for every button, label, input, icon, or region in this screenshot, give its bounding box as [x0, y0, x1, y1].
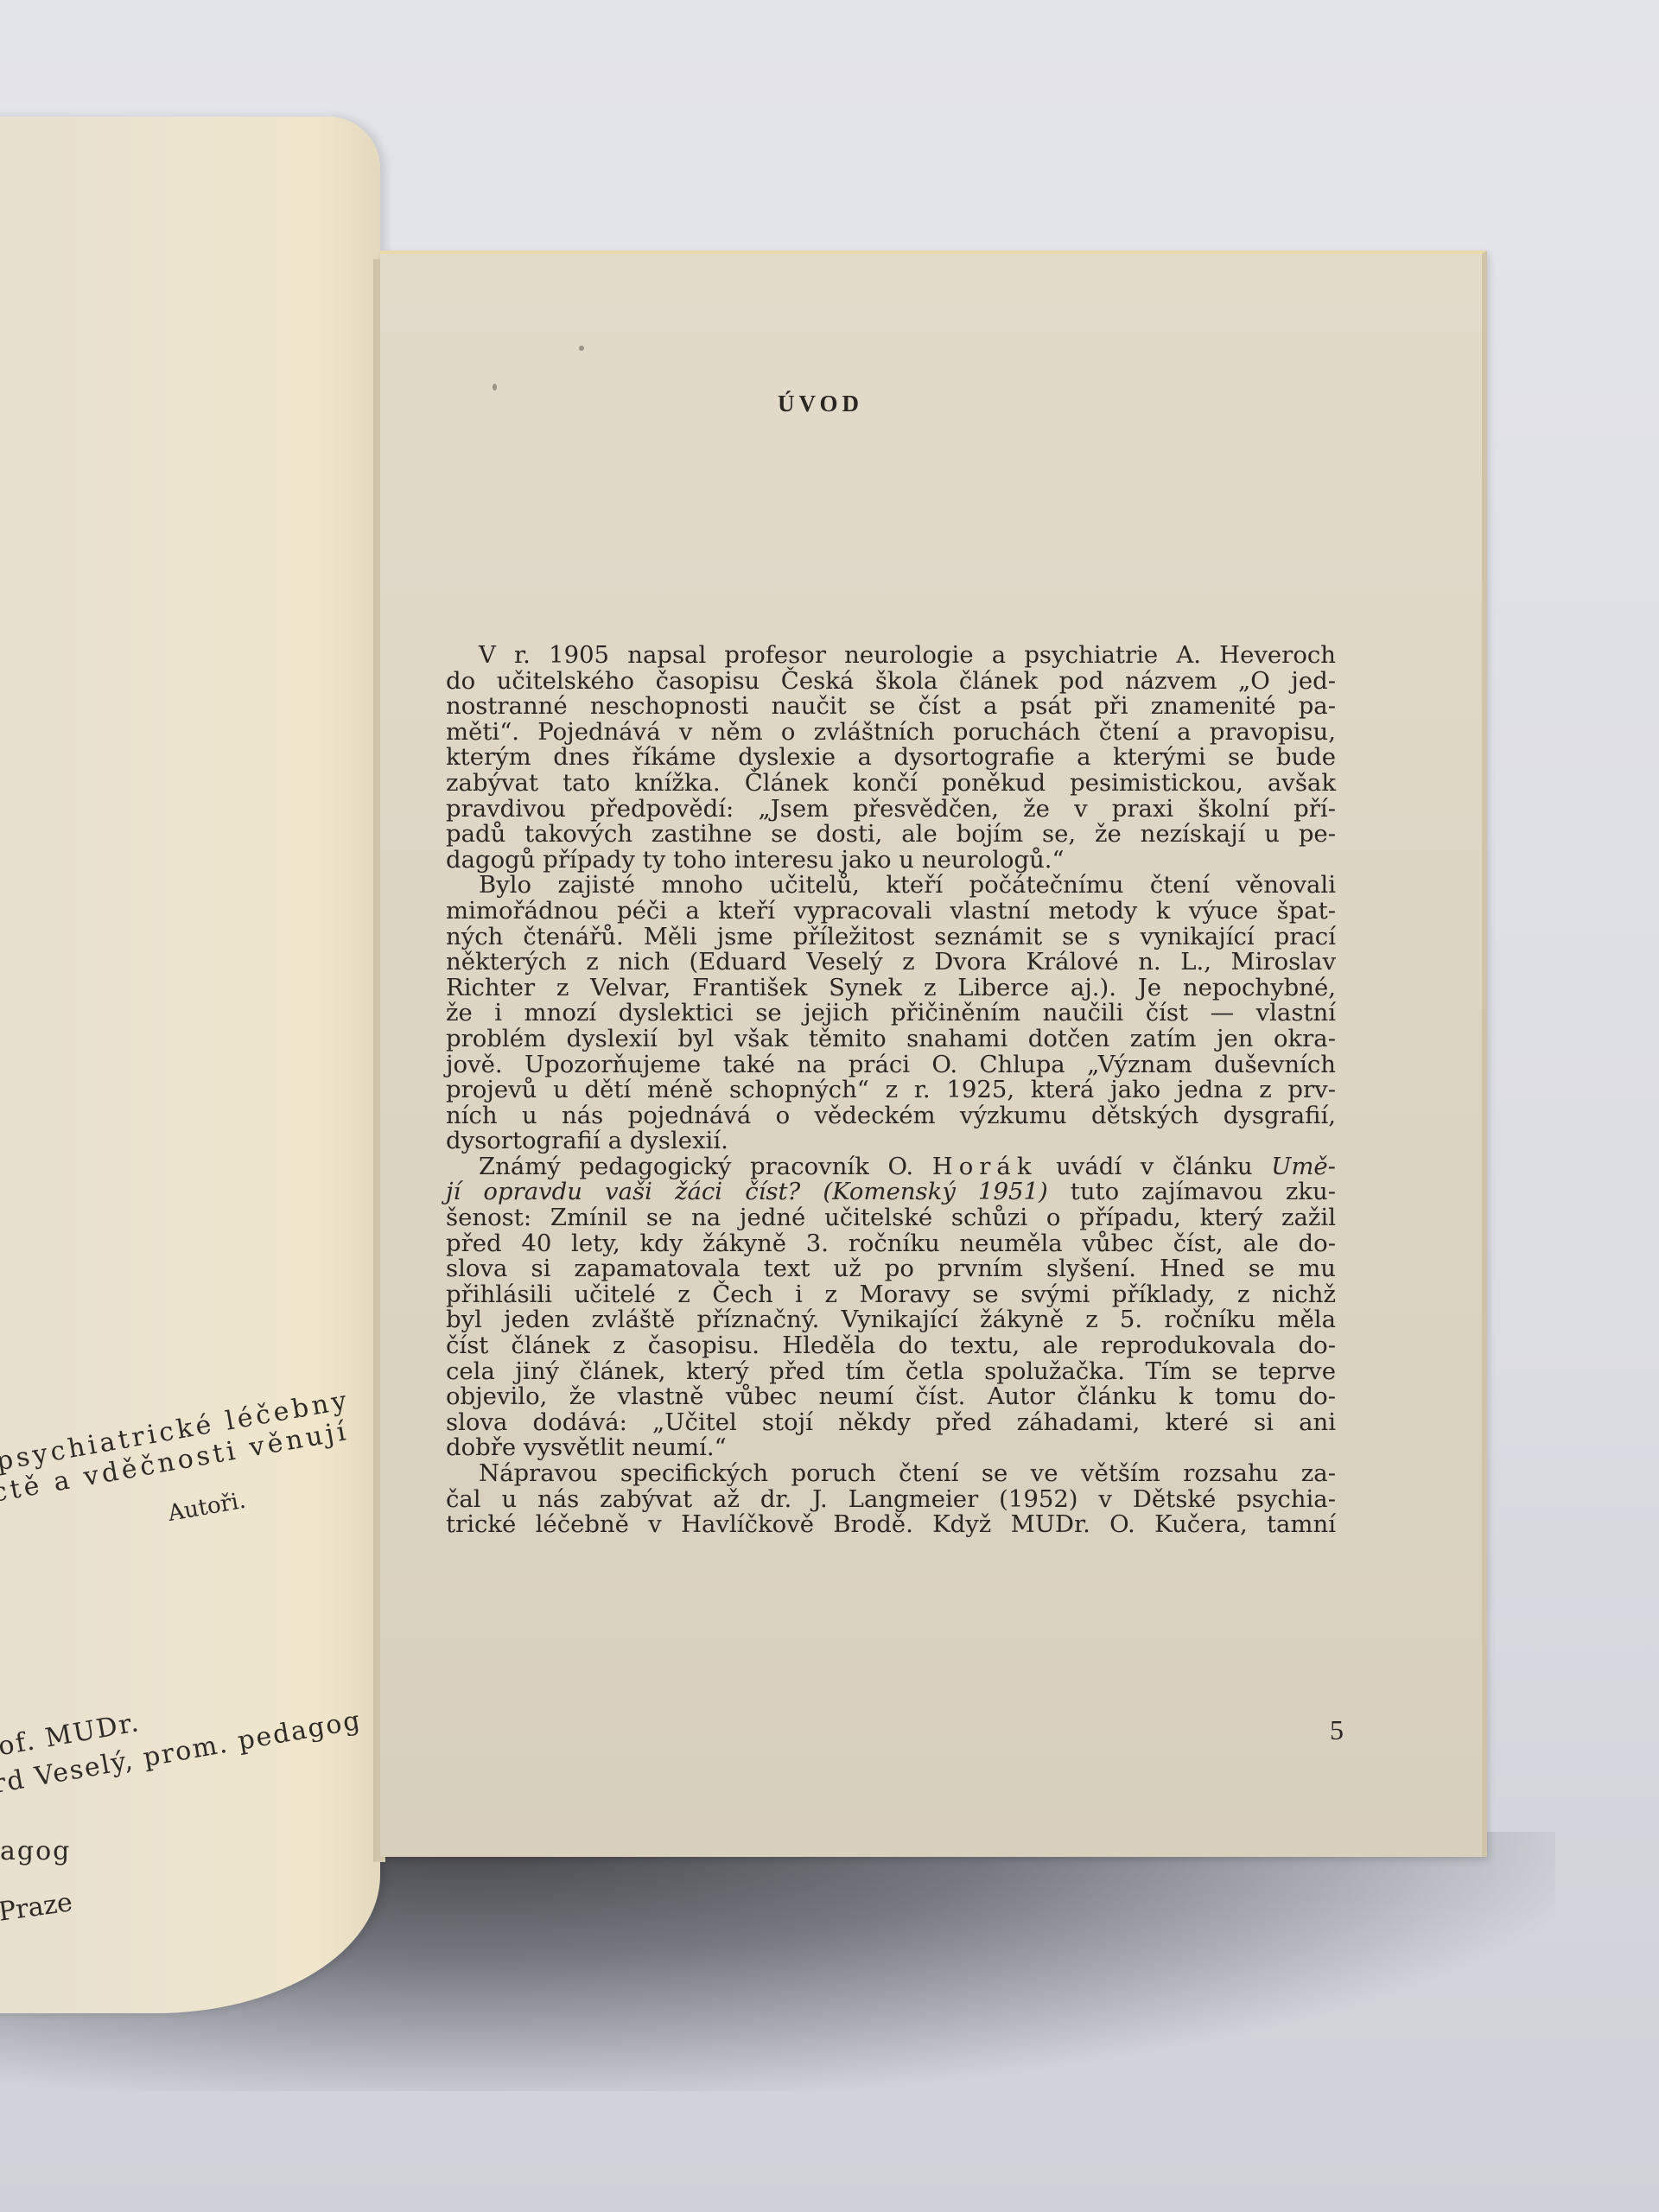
text-line: měti“. Pojednává v něm o zvláštních poru… [446, 720, 1336, 746]
city-fragment: Praze [0, 1887, 74, 1928]
text-line: číst článek z časopisu. Hleděla do textu… [446, 1333, 1336, 1359]
text-line: slova si zapamatovala text už po prvním … [446, 1256, 1336, 1282]
text-line: pravdivou předpovědí: „Jsem přesvědčen, … [446, 797, 1336, 823]
text-line: kterým dnes říkáme dyslexie a dysortogra… [446, 745, 1336, 771]
text-line: že i mnozí dyslektici se jejich přičiněn… [446, 1001, 1336, 1027]
text-line: problém dyslexií byl však těmito snahami… [446, 1027, 1336, 1052]
text-line: Bylo zajisté mnoho učitelů, kteří počáte… [446, 873, 1336, 899]
text-line: V r. 1905 napsal profesor neurologie a p… [446, 643, 1336, 669]
text-line: Richter z Velvar, František Synek z Libe… [446, 976, 1336, 1001]
text-line: mimořádnou péči a kteří vypracovali vlas… [446, 899, 1336, 925]
text-line: před 40 lety, kdy žákyně 3. ročníku neum… [446, 1231, 1336, 1257]
text-fragment: uvádí v článku [1038, 1153, 1272, 1180]
text-line: šenost: Zmínil se na jedné učitelské sch… [446, 1205, 1336, 1231]
text-line: dagogů případy ty toho interesu jako u n… [446, 848, 1336, 874]
text-fragment: Známý pedagogický pracovník O. [479, 1153, 932, 1180]
right-page: ÚVOD V r. 1905 napsal profesor neurologi… [380, 251, 1487, 1857]
text-line-mixed: Známý pedagogický pracovník O. Horák uvá… [446, 1154, 1336, 1180]
text-line: trické léčebně v Havlíčkově Brodě. Když … [446, 1512, 1336, 1538]
text-line: projevů u dětí méně schopných“ z r. 1925… [446, 1077, 1336, 1103]
text-line: dobře vysvětlit neumí.“ [446, 1435, 1336, 1461]
text-line: přihlásili učitelé z Čech i z Moravy se … [446, 1282, 1336, 1308]
text-line: padů takových zastihne se dosti, ale boj… [446, 822, 1336, 848]
text-line: ních u nás pojednává o vědeckém výzkumu … [446, 1103, 1336, 1129]
dedication: ětské psychiatrické léčebny m v úctě a v… [0, 1381, 380, 1572]
text-line: Nápravou specifických poruch čtení se ve… [446, 1461, 1336, 1487]
text-line: objevilo, že vlastně vůbec neumí číst. A… [446, 1384, 1336, 1410]
paper-speck [493, 384, 497, 391]
page-number: 5 [1330, 1714, 1344, 1746]
text-line: čal u nás zabývat až dr. J. Langmeier (1… [446, 1487, 1336, 1513]
body-text: V r. 1905 napsal profesor neurologie a p… [446, 643, 1336, 1538]
author-names: v. prof. MUDr. duard Veselý, prom. pedag… [0, 1651, 380, 1813]
text-line: cela jiný článek, který před tím četla s… [446, 1359, 1336, 1385]
article-title-fragment: Umě- [1271, 1153, 1336, 1180]
text-line: zabývat tato knížka. Článek končí poněku… [446, 771, 1336, 797]
text-line: nostranné neschopnosti naučit se číst a … [446, 694, 1336, 720]
text-line: slova dodává: „Učitel stojí někdy před z… [446, 1410, 1336, 1436]
text-line: ných čtenářů. Měli jsme příležitost sezn… [446, 925, 1336, 950]
text-fragment: tuto zajímavou zku- [1048, 1178, 1336, 1205]
paper-speck [579, 346, 584, 351]
article-title-fragment: jí opravdu vaši žáci číst? (Komenský 195… [446, 1178, 1048, 1205]
text-line: do učitelského časopisu Česká škola člán… [446, 669, 1336, 695]
text-line-mixed: jí opravdu vaši žáci číst? (Komenský 195… [446, 1179, 1336, 1205]
text-line: byl jeden zvláště příznačný. Vynikající … [446, 1307, 1336, 1333]
chapter-title: ÚVOD [778, 391, 863, 417]
author-line-fragment: agog [0, 1836, 71, 1866]
text-line: jově. Upozorňujeme také na práci O. Chlu… [446, 1052, 1336, 1078]
spaced-author-name: Horák [932, 1153, 1038, 1180]
text-line: některých z nich (Eduard Veselý z Dvora … [446, 950, 1336, 976]
left-page: ětské psychiatrické léčebny m v úctě a v… [0, 117, 380, 2013]
text-line: dysortografií a dyslexií. [446, 1128, 1336, 1154]
